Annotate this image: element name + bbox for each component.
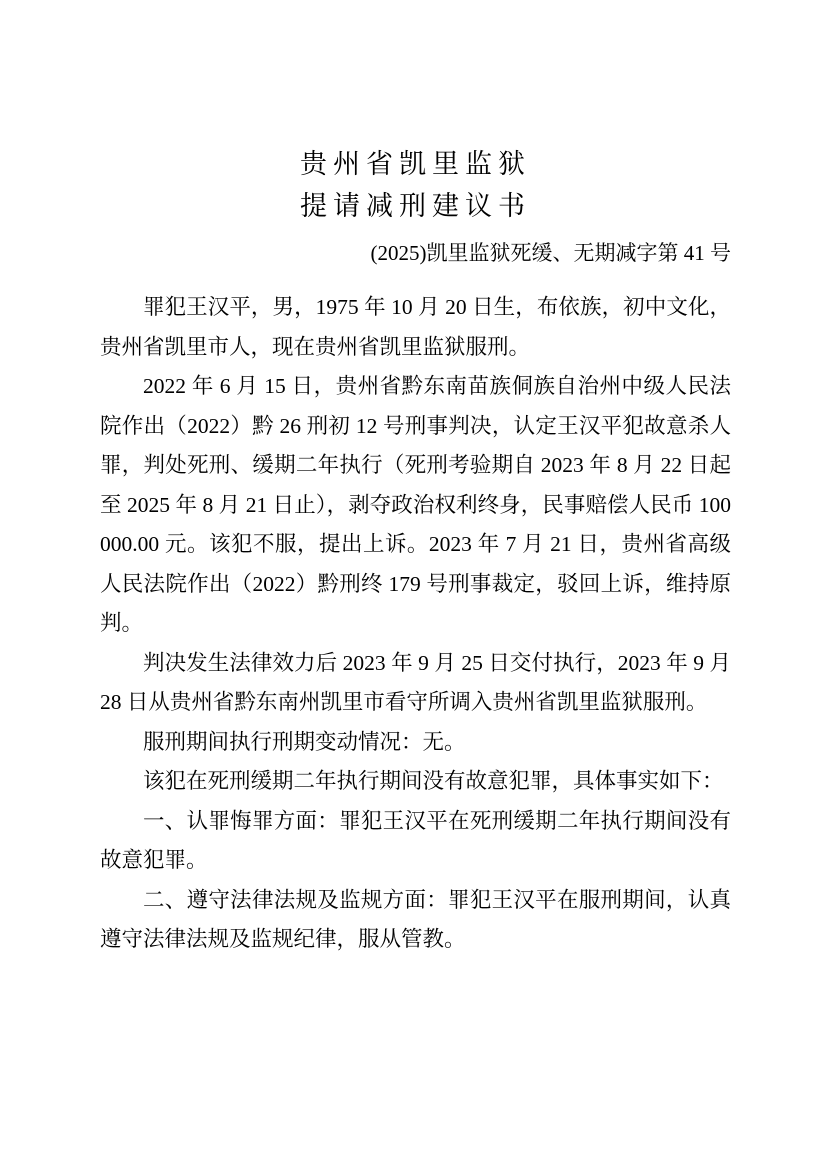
document-title-line1: 贵州省凯里监狱 bbox=[100, 143, 731, 185]
document-content: 贵州省凯里监狱 提请减刑建议书 (2025)凯里监狱死缓、无期减字第 41 号 … bbox=[100, 143, 731, 960]
document-body: 罪犯王汉平，男，1975 年 10 月 20 日生，布依族，初中文化，贵州省凯里… bbox=[100, 288, 731, 960]
paragraph-execution-transfer: 判决发生法律效力后 2023 年 9 月 25 日交付执行，2023 年 9 月… bbox=[100, 644, 731, 723]
paragraph-judgment-history: 2022 年 6 月 15 日，贵州省黔东南苗族侗族自治州中级人民法院作出（20… bbox=[100, 367, 731, 644]
document-page: 贵州省凯里监狱 提请减刑建议书 (2025)凯里监狱死缓、无期减字第 41 号 … bbox=[0, 0, 827, 1169]
paragraph-offender-info: 罪犯王汉平，男，1975 年 10 月 20 日生，布依族，初中文化，贵州省凯里… bbox=[100, 288, 731, 367]
paragraph-item-1-confession: 一、认罪悔罪方面：罪犯王汉平在死刑缓期二年执行期间没有故意犯罪。 bbox=[100, 802, 731, 881]
document-number: (2025)凯里监狱死缓、无期减字第 41 号 bbox=[100, 233, 731, 273]
document-title-line2: 提请减刑建议书 bbox=[100, 185, 731, 227]
paragraph-item-2-discipline: 二、遵守法律法规及监规方面：罪犯王汉平在服刑期间，认真遵守法律法规及监规纪律，服… bbox=[100, 881, 731, 960]
paragraph-no-intentional-crime: 该犯在死刑缓期二年执行期间没有故意犯罪，具体事实如下： bbox=[100, 762, 731, 802]
paragraph-term-change: 服刑期间执行刑期变动情况：无。 bbox=[100, 723, 731, 763]
